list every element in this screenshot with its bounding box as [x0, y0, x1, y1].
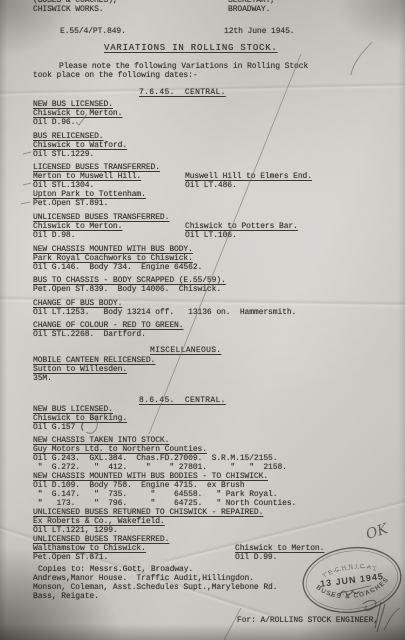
memo-document-page: (BUSES & COACHES), CHISWICK WORKS. SECRE… — [0, 0, 405, 640]
stamp-no-label: No. — [328, 592, 336, 598]
copies-list-line1: Copies to: Messrs.Gott, Broadway. — [38, 565, 193, 574]
section-heading-7-6-45: 7.6.45. CENTRAL. — [139, 88, 226, 97]
entry-heading: UNLICENSED BUSES TRANSFERRED. — [33, 213, 169, 222]
entry-vehicle: Oil D.96. — [33, 118, 75, 127]
entry-table-row: Oil D.109. Body 758. Engine 4715. ex Bru… — [33, 481, 245, 490]
intro-line2: took place on the following dates:- — [33, 71, 198, 80]
pencil-curve-mark — [351, 42, 372, 75]
letterhead-department-line2: CHISWICK WORKS. — [33, 5, 104, 14]
entry-detail: Oil STL.2268. Dartford. — [33, 330, 146, 339]
entry-heading: CHANGE OF COLOUR - RED TO GREEN. — [33, 321, 183, 330]
entry-heading: BUS TO CHASSIS - BODY SCRAPPED (E.55/59)… — [33, 276, 226, 285]
entry-detail: Oil G.146. Body 734. Engine 64562. — [33, 263, 202, 272]
entry-vehicle: Oil STL.1229. — [33, 150, 94, 159]
entry-vehicle: Oil D.98. — [33, 231, 75, 240]
entry-vehicle: Oil LT.106. — [185, 231, 237, 240]
initials-squiggle — [384, 608, 400, 630]
entry-heading: UNLICENSED BUSES RETURNED TO CHISWICK - … — [33, 508, 263, 517]
margin-dash-mark — [21, 202, 30, 204]
entry-route: Ex Roberts & Co., Wakefield. — [33, 517, 165, 526]
entry-vehicle: Oil LT.486. — [185, 181, 237, 190]
entry-route: Park Royal Coachworks to Chiswick. — [33, 254, 193, 263]
entry-heading: CHANGE OF BUS BODY. — [33, 299, 122, 308]
entry-heading: MOBILE CANTEEN RELICENSED. — [33, 356, 155, 365]
entry-heading: NEW BUS LICENSED. — [33, 405, 113, 414]
entry-route: Chiswick to Potters Bar. — [185, 222, 298, 231]
entry-route: Chiswick to Merton. — [33, 222, 122, 231]
entry-vehicle: Oil G.157 ( — [33, 423, 85, 432]
entry-route: Chiswick to Barking. — [33, 414, 127, 423]
entry-vehicle: Pet.Open ST.871. — [33, 553, 108, 562]
entry-table-row: " G.147. " 735. " 64558. " Park Royal. — [33, 490, 277, 499]
entry-detail: Pet.Open ST.839. Body 14006. Chiswick. — [33, 285, 221, 294]
entry-vehicle: 35M. — [33, 374, 52, 383]
entry-heading: NEW CHASSIS MOUNTED WITH BUS BODY. — [33, 245, 193, 254]
entry-route: Upton Park to Tottenham. — [33, 190, 146, 199]
copies-list-line3: Monson, Coleman, Asst.Schedules Supt.,Ma… — [33, 583, 277, 592]
copies-list-line2: Andrews,Manor House. Traffic Audit,Hilli… — [33, 574, 254, 583]
copies-list-line4: Bass, Reigate. — [33, 592, 99, 601]
entry-route: Chiswick to Merton. — [33, 109, 122, 118]
memo-date: 12th June 1945. — [224, 27, 295, 36]
entry-heading: NEW CHASSIS MOUNTED WITH BUS BODIES - TO… — [33, 472, 268, 481]
entry-route: Merton to Muswell Hill. — [33, 172, 141, 181]
entry-heading: LICENSED BUSES TRANSFERRED. — [33, 163, 160, 172]
entry-table-row: Oil G.243. GXL.384. Chas.FD.27009. S.R.M… — [33, 454, 277, 463]
entry-route: Sutton to Willesden. — [33, 365, 127, 374]
entry-route: Muswell Hill to Elmers End. — [185, 172, 312, 181]
entry-table-row: " G.272. " 412. " " 27801. " " 2158. — [33, 463, 287, 472]
letterhead-addressee-line2: BROADWAY. — [228, 5, 270, 14]
diagonal-pencil-line — [149, 54, 301, 434]
margin-dash-mark — [23, 183, 31, 185]
entry-detail: Oil LT.1253. Body 13214 off. 13136 on. H… — [33, 308, 296, 317]
entry-heading: UNLICENSED BUSES TRANSFERRED. — [33, 535, 169, 544]
margin-dash-mark — [23, 152, 31, 154]
entry-heading: NEW BUS LICENSED. — [33, 100, 113, 109]
entry-route: Walthamstow to Chiswick. — [33, 544, 146, 553]
miscellaneous-heading: MISCELLANEOUS. — [150, 346, 221, 355]
intro-line1: Please note the following Variations in … — [59, 62, 308, 71]
received-date-stamp: TECHNICAL BUSES & COACHES 13 JUN 1945 No… — [296, 539, 405, 621]
entry-vehicle: Oil STL.1304. — [33, 181, 94, 190]
entry-heading: BUS RELICENSED. — [33, 132, 104, 141]
section-heading-8-6-45: 8.6.45. CENTRAL. — [139, 396, 226, 405]
reference-number: E.55/4/PT.849. — [60, 27, 126, 36]
entry-table-row: " 173. " 796. " 64725. " North Counties. — [33, 499, 296, 508]
entry-vehicle: Oil LT.1221, 1299. — [33, 526, 118, 535]
entry-route: Guy Motors Ltd. to Northern Counties. — [33, 445, 207, 454]
entry-heading: NEW CHASSIS TAKEN INTO STOCK. — [33, 436, 169, 445]
page-title: VARIATIONS IN ROLLING STOCK. — [104, 44, 278, 53]
entry-vehicle: Pet.Open ST.891. — [33, 199, 108, 208]
entry-route: Chiswick to Watford. — [33, 141, 127, 150]
entry-vehicle: Oil D.99. — [235, 553, 277, 562]
